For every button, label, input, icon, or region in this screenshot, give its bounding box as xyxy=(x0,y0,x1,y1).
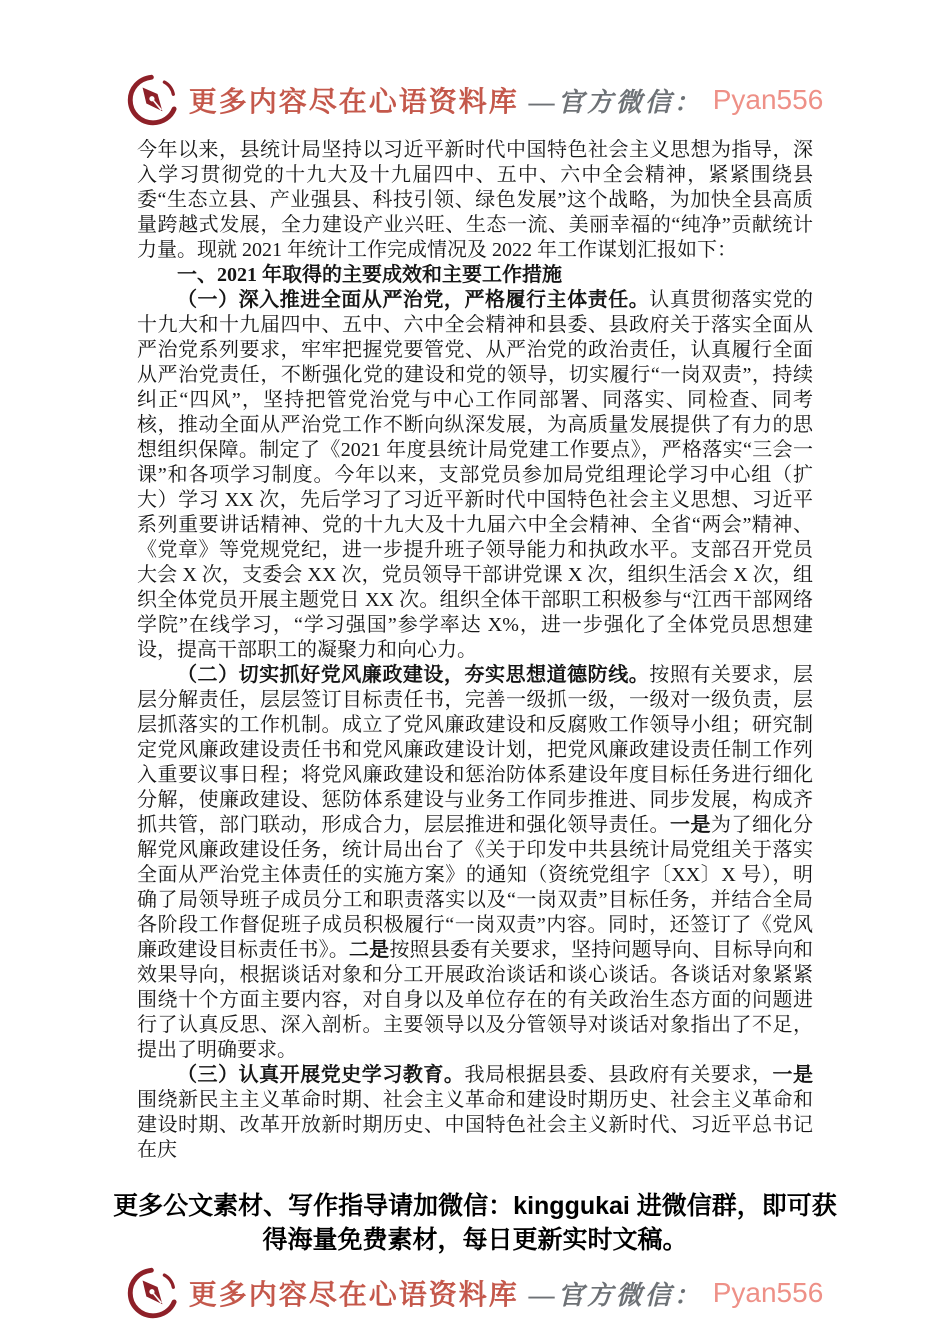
text-run: 围绕新民主主义革命时期、社会主义革命和建设时期历史、社会主义革命和建设时期、改革… xyxy=(137,1089,813,1161)
watermark-wechat-id: Pyan556 xyxy=(713,1277,824,1309)
watermark-site-text: 更多内容尽在心语资料库 xyxy=(189,80,519,120)
bold-text-run: （二）切实抓好党风廉政建设，夯实思想道德防线。 xyxy=(177,664,649,686)
watermark-wechat-id: Pyan556 xyxy=(713,84,824,116)
paragraph-1-1: （一）深入推进全面从严治党，严格履行主体责任。认真贯彻落实党的十九大和十九届四中… xyxy=(137,288,813,663)
bold-text-run: 二是 xyxy=(349,939,389,961)
text-run: 我局根据县委、县政府有关要求， xyxy=(464,1064,772,1086)
footer-promo-text: 更多公文素材、写作指导请加微信：kinggukai 进微信群，即可获得海量免费素… xyxy=(113,1189,837,1257)
document-body: 今年以来，县统计局坚持以习近平新时代中国特色社会主义思想为指导，深入学习贯彻党的… xyxy=(137,138,813,1163)
paragraph-1-2: （二）切实抓好党风廉政建设，夯实思想道德防线。按照有关要求，层层分解责任，层层签… xyxy=(137,663,813,1063)
watermark-wechat-label: —官方微信： xyxy=(529,1275,703,1312)
watermark-footer: 更多内容尽在心语资料库 —官方微信： Pyan556 xyxy=(0,1267,950,1319)
document-page: 更多内容尽在心语资料库 —官方微信： Pyan556 今年以来，县统计局坚持以习… xyxy=(0,0,950,1344)
pen-circle-logo-icon xyxy=(127,74,179,126)
paragraph-1-3: （三）认真开展党史学习教育。我局根据县委、县政府有关要求，一是围绕新民主主义革命… xyxy=(137,1063,813,1163)
watermark-header: 更多内容尽在心语资料库 —官方微信： Pyan556 xyxy=(0,0,950,126)
watermark-site-text: 更多内容尽在心语资料库 xyxy=(189,1273,519,1313)
section-heading-1: 一、2021 年取得的主要成效和主要工作措施 xyxy=(137,263,813,288)
bold-text-run: （三）认真开展党史学习教育。 xyxy=(177,1064,464,1086)
bold-text-run: （一）深入推进全面从严治党，严格履行主体责任。 xyxy=(177,289,649,311)
watermark-wechat-label: —官方微信： xyxy=(529,82,703,119)
text-run: 今年以来，县统计局坚持以习近平新时代中国特色社会主义思想为指导，深入学习贯彻党的… xyxy=(137,139,813,261)
pen-circle-logo-icon xyxy=(127,1267,179,1319)
text-run: 认真贯彻落实党的十九大和十九届四中、五中、六中全会精神和县委、县政府关于落实全面… xyxy=(137,289,813,661)
bold-text-run: 一、2021 年取得的主要成效和主要工作措施 xyxy=(177,264,562,286)
bold-text-run: 一是 xyxy=(772,1064,813,1086)
text-run: 按照有关要求，层层分解责任，层层签订目标责任书，完善一级抓一级，一级对一级负责，… xyxy=(137,664,813,836)
intro-paragraph: 今年以来，县统计局坚持以习近平新时代中国特色社会主义思想为指导，深入学习贯彻党的… xyxy=(137,138,813,263)
bold-text-run: 一是 xyxy=(670,814,711,836)
